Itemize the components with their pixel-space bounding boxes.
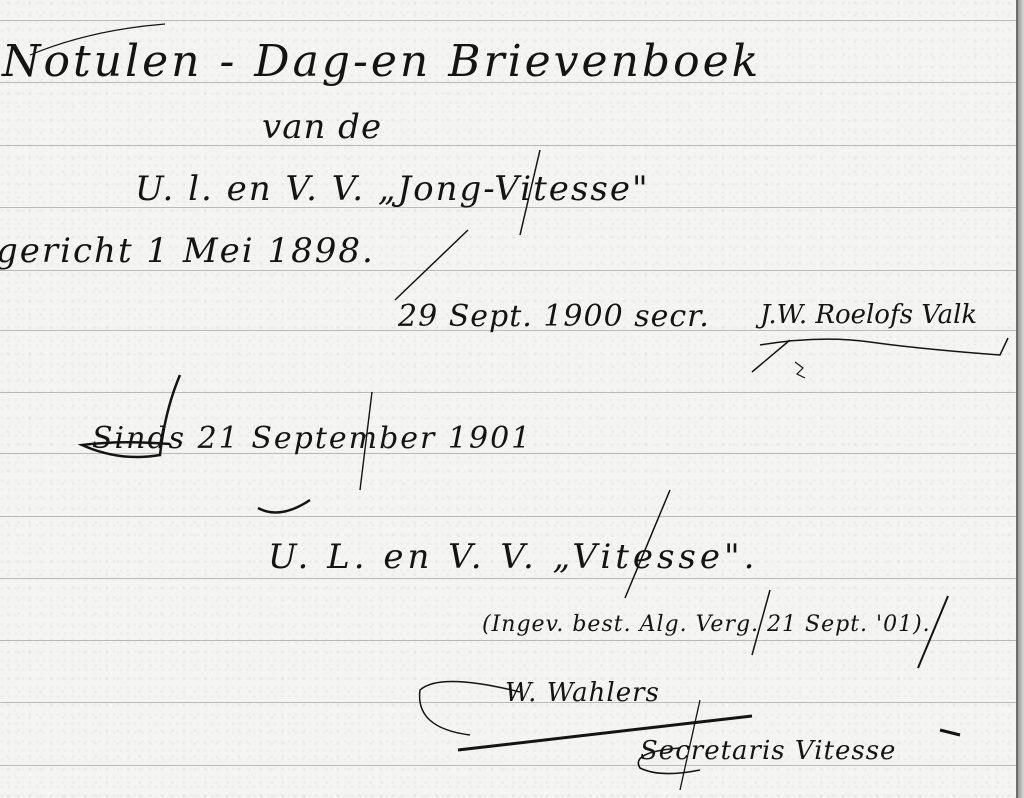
- entry1-date: 29 Sept. 1900 secr.: [398, 302, 710, 332]
- heading-line-3: U. l. en V. V. „Jong-Vitesse": [135, 172, 650, 206]
- ruled-line: [0, 20, 1024, 21]
- heading-line-4: gericht 1 Mei 1898.: [0, 234, 375, 268]
- ruled-line: [0, 516, 1024, 517]
- ruled-line: [0, 392, 1024, 393]
- ledger-page: Notulen - Dag-en Brievenboek van de U. l…: [0, 0, 1024, 798]
- ruled-line: [0, 145, 1024, 146]
- entry2-signature-title: Secretaris Vitesse: [640, 738, 896, 764]
- ruled-line: [0, 640, 1024, 641]
- entry1-signature: J.W. Roelofs Valk: [760, 302, 977, 328]
- heading-line-1: Notulen - Dag-en Brievenboek: [2, 40, 761, 84]
- entry2-note: (Ingev. best. Alg. Verg. 21 Sept. '01).: [482, 614, 931, 636]
- entry2-signature: W. Wahlers: [505, 680, 660, 706]
- ruled-line: [0, 578, 1024, 579]
- page-edge-shadow: [1018, 0, 1024, 798]
- entry2-place-date: Sinds 21 September 1901: [92, 424, 532, 454]
- heading-line-2: van de: [262, 110, 382, 144]
- entry2-name: U. L. en V. V. „Vitesse".: [268, 540, 758, 574]
